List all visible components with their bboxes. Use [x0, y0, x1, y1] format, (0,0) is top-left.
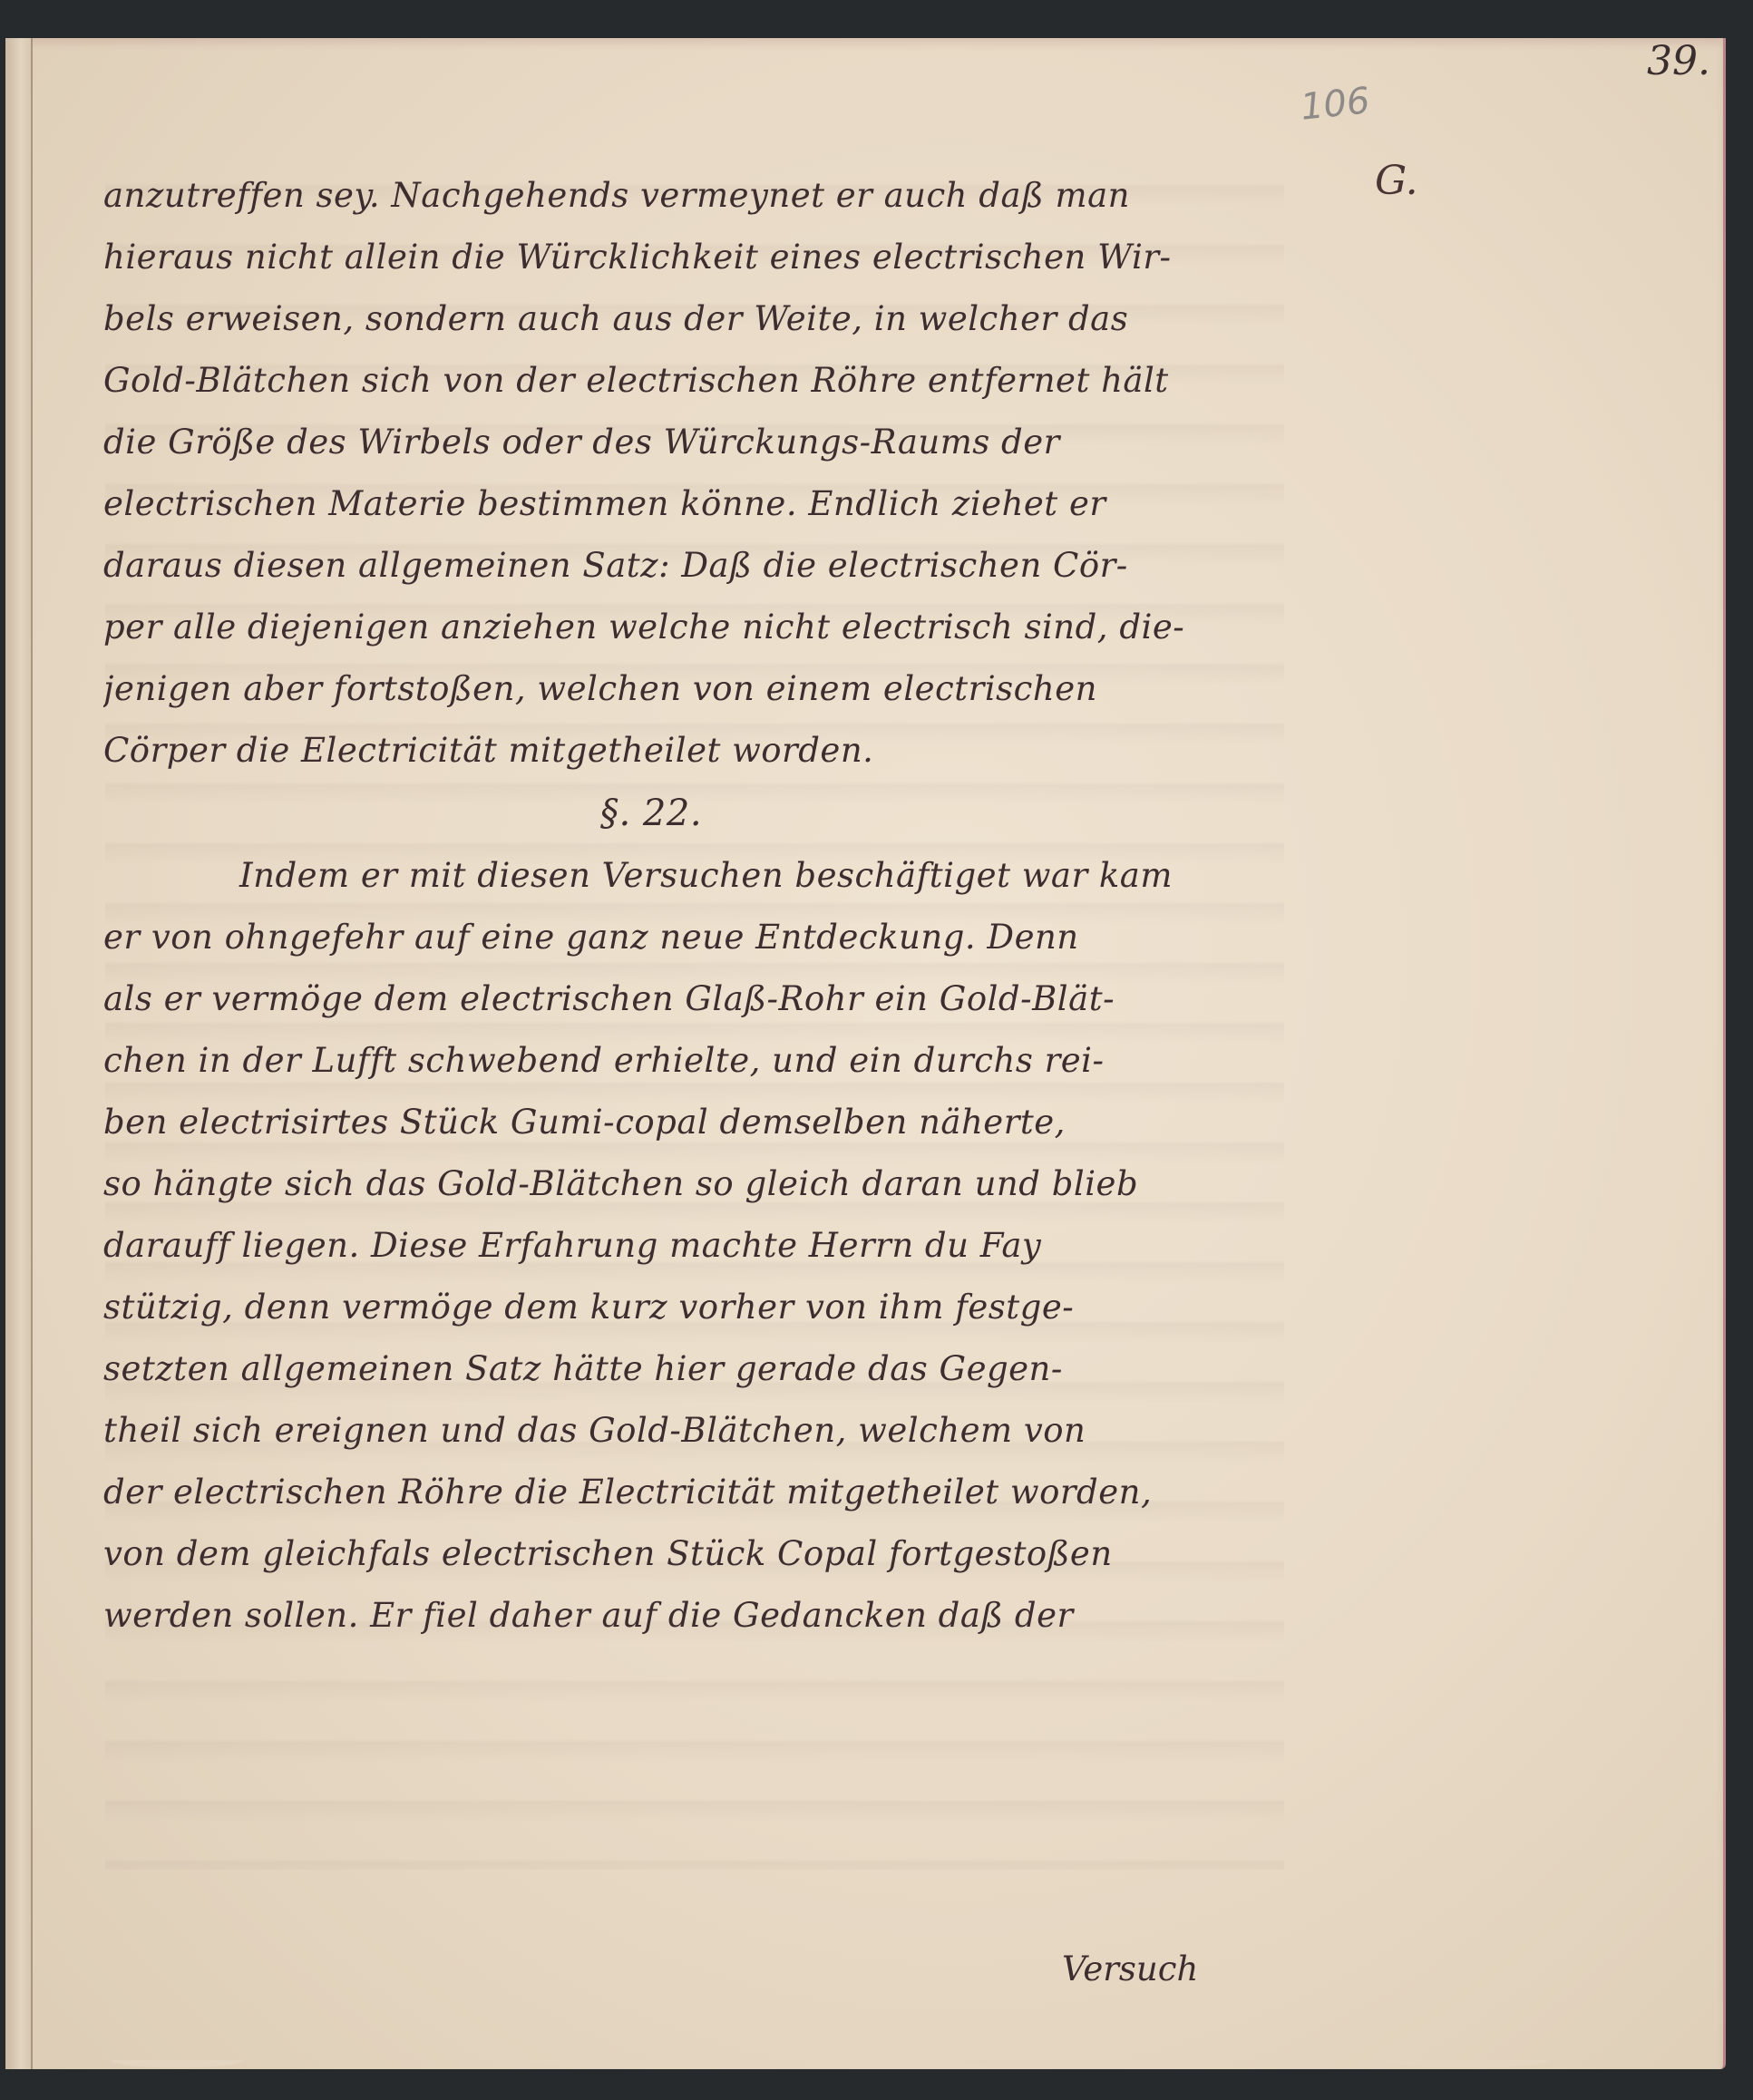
text-line: der electrischen Röhre die Electricität …: [103, 1462, 1273, 1523]
page-gutter: [5, 38, 33, 2069]
text-line: darauff liegen. Diese Erfahrung machte H…: [103, 1215, 1273, 1277]
text-line: Gold-Blätchen sich von der electrischen …: [103, 350, 1273, 412]
text-line: anzutreffen sey. Nachgehends vermeynet e…: [103, 165, 1273, 227]
text-line: per alle diejenigen anziehen welche nich…: [103, 597, 1273, 658]
text-line: von dem gleichfals electrischen Stück Co…: [103, 1523, 1273, 1585]
sheet-signature-mark: G.: [1375, 158, 1418, 204]
text-line: werden sollen. Er fiel daher auf die Ged…: [103, 1585, 1273, 1647]
text-line: daraus diesen allgemeinen Satz: Daß die …: [103, 535, 1273, 597]
manuscript-page: 106 39. G. anzutreffen sey. Nachgehends …: [5, 38, 1726, 2069]
text-line: Indem er mit diesen Versuchen beschäftig…: [103, 845, 1273, 907]
text-line: chen in der Lufft schwebend erhielte, un…: [103, 1030, 1273, 1092]
text-line: Cörper die Electricität mitgetheilet wor…: [103, 720, 1273, 782]
pencil-folio-number: 106: [1299, 80, 1372, 129]
section-heading: §. 22.: [103, 782, 1273, 845]
text-line: er von ohngefehr auf eine ganz neue Entd…: [103, 907, 1273, 968]
text-line: ben electrisirtes Stück Gumi-copal demse…: [103, 1092, 1273, 1153]
text-line: bels erweisen, sondern auch aus der Weit…: [103, 288, 1273, 350]
text-line: so hängte sich das Gold-Blätchen so glei…: [103, 1153, 1273, 1215]
text-line: jenigen aber fortstoßen, welchen von ein…: [103, 658, 1273, 720]
paragraph-2: Indem er mit diesen Versuchen beschäftig…: [103, 845, 1273, 1647]
ink-folio-number: 39.: [1647, 38, 1710, 84]
text-line: theil sich ereignen und das Gold-Blätche…: [103, 1400, 1273, 1462]
text-line: setzten allgemeinen Satz hätte hier gera…: [103, 1338, 1273, 1400]
catchword: Versuch: [1062, 1949, 1198, 1988]
manuscript-text: anzutreffen sey. Nachgehends vermeynet e…: [103, 165, 1273, 1647]
text-line: hieraus nicht allein die Würcklichkeit e…: [103, 227, 1273, 288]
text-line: als er vermöge dem electrischen Glaß-Roh…: [103, 968, 1273, 1030]
text-line: die Größe des Wirbels oder des Würckungs…: [103, 412, 1273, 473]
text-line: stützig, denn vermöge dem kurz vorher vo…: [103, 1277, 1273, 1338]
paragraph-1: anzutreffen sey. Nachgehends vermeynet e…: [103, 165, 1273, 782]
text-line: electrischen Materie bestimmen könne. En…: [103, 473, 1273, 535]
